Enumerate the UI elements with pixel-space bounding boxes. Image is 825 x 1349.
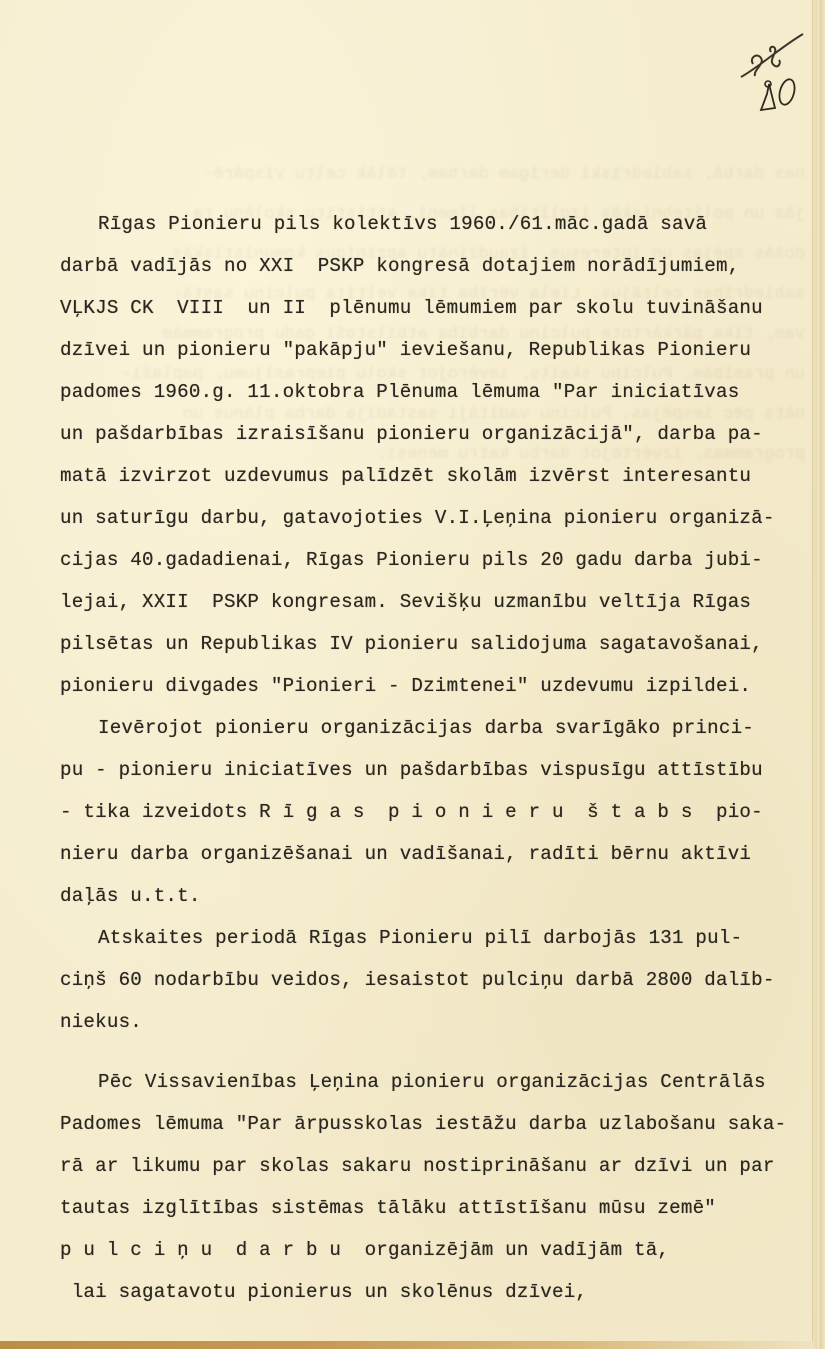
text-line: nieru darba organizēšanai un vadīšanai, … [60, 843, 751, 865]
text-line: un saturīgu darbu, gatavojoties V.I.Ļeņi… [60, 507, 775, 529]
text-line: lai sagatavotu pionierus un skolēnus dzī… [60, 1281, 587, 1303]
text-line: niekus. [60, 1011, 142, 1033]
text-line: rā ar likumu par skolas sakaru nostiprin… [60, 1155, 775, 1177]
text-line: VĻKJS CK VIII un II plēnumu lēmumiem par… [60, 297, 763, 319]
text-line: ciņš 60 nodarbību veidos, iesaistot pulc… [60, 969, 775, 991]
page-edge-right [812, 0, 825, 1349]
text-line: tautas izglītības sistēmas tālāku attīst… [60, 1197, 716, 1219]
text-line: Padomes lēmuma "Par ārpusskolas iestāžu … [60, 1113, 786, 1135]
text-line: cijas 40.gadadienai, Rīgas Pionieru pils… [60, 549, 763, 571]
text-line: p u l c i ņ u d a r b u organizējām un v… [60, 1239, 669, 1261]
text-line: pu - pionieru iniciatīves un pašdarbības… [60, 759, 763, 781]
text-line: - tika izveidots R ī g a s p i o n i e r… [60, 801, 763, 823]
text-line: Pēc Vissavienības Ļeņina pionieru organi… [98, 1071, 766, 1093]
folio-number-annotation [731, 22, 811, 122]
text-line: Ievērojot pionieru organizācijas darba s… [98, 717, 754, 739]
text-line: pionieru divgades "Pionieri - Dzimtenei"… [60, 675, 751, 697]
text-line: darbā vadījās no XXI PSKP kongresā dotaj… [60, 255, 739, 277]
text-line: Rīgas Pioniеru pils kolektīvs 1960./61.m… [98, 213, 707, 235]
text-line: dzīvei un pionieru "pakāpju" ieviešanu, … [60, 339, 751, 361]
text-line: pilsētas un Republikas IV pionieru salid… [60, 633, 763, 655]
text-line: daļās u.t.t. [60, 885, 201, 907]
text-line: lejai, XXII PSKP kongresam. Sevišķu uzma… [60, 591, 751, 613]
text-line: padomes 1960.g. 11.oktobra Plēnuma lēmum… [60, 381, 739, 403]
handwritten-page-number-icon [731, 22, 811, 122]
text-line: Atskaites periodā Rīgas Pionieru pilī da… [98, 927, 742, 949]
text-line: matā izvirzot uzdevumus palīdzēt skolām … [60, 465, 751, 487]
text-line: un pašdarbības izraisīšanu pionieru orga… [60, 423, 763, 445]
document-page: nas darbā, sabiedriski derīgam darbam, t… [0, 0, 825, 1349]
page-edge-bottom [0, 1341, 813, 1349]
